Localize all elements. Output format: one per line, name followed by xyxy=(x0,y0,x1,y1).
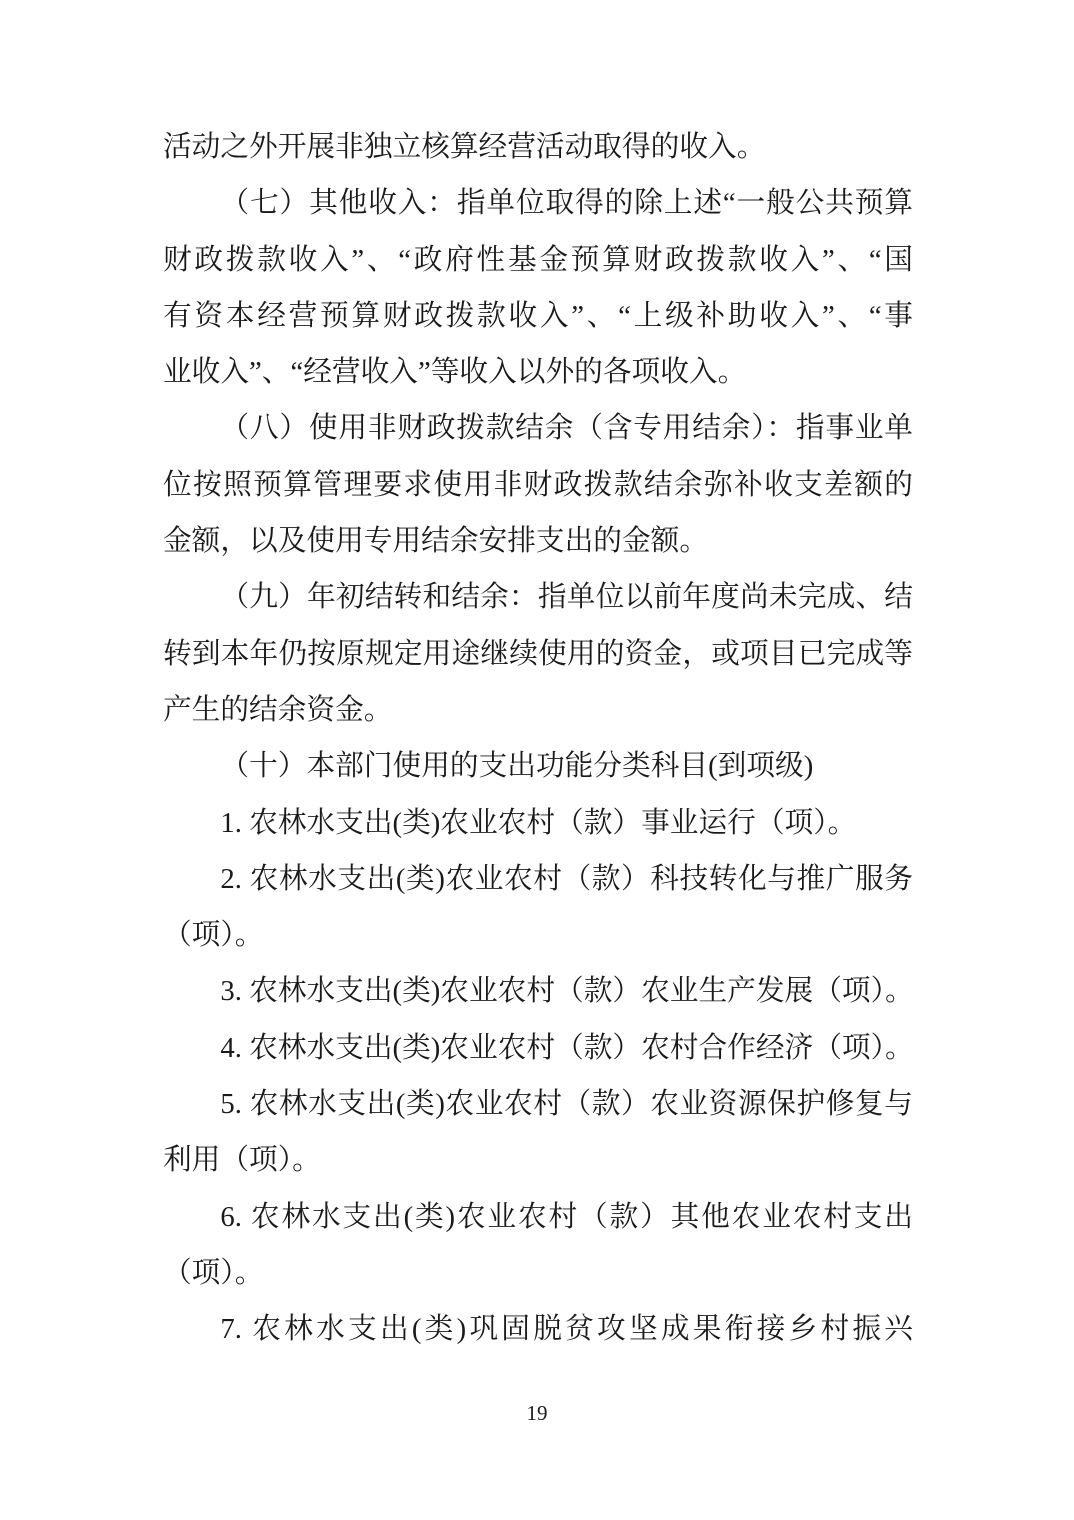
text-line: （项）。 xyxy=(163,907,913,963)
text-line: 4. 农林水支出(类)农业农村（款）农村合作经济（项）。 xyxy=(163,1020,913,1076)
text-line: 金额，以及使用专用结余安排支出的金额。 xyxy=(163,513,913,569)
text-line: 1. 农林水支出(类)农业农村（款）事业运行（项）。 xyxy=(163,795,913,851)
text-line: 业收入”、“经营收入”等收入以外的各项收入。 xyxy=(163,344,913,400)
document-body: 活动之外开展非独立核算经营活动取得的收入。（七）其他收入：指单位取得的除上述“一… xyxy=(163,119,913,1358)
text-line: （七）其他收入：指单位取得的除上述“一般公共预算 xyxy=(163,175,913,231)
text-line: 2. 农林水支出(类)农业农村（款）科技转化与推广服务 xyxy=(163,851,913,907)
text-line: （八）使用非财政拨款结余（含专用结余）：指事业单 xyxy=(163,400,913,456)
text-line: 转到本年仍按原规定用途继续使用的资金，或项目已完成等 xyxy=(163,626,913,682)
page-number: 19 xyxy=(0,1399,1074,1427)
text-line: （九）年初结转和结余：指单位以前年度尚未完成、结 xyxy=(163,569,913,625)
text-line: 3. 农林水支出(类)农业农村（款）农业生产发展（项）。 xyxy=(163,963,913,1019)
text-line: 7. 农林水支出(类)巩固脱贫攻坚成果衔接乡村振兴 xyxy=(163,1301,913,1357)
text-line: 财政拨款收入”、“政府性基金预算财政拨款收入”、“国 xyxy=(163,232,913,288)
text-line: 位按照预算管理要求使用非财政拨款结余弥补收支差额的 xyxy=(163,457,913,513)
document-page: 活动之外开展非独立核算经营活动取得的收入。（七）其他收入：指单位取得的除上述“一… xyxy=(0,0,1074,1520)
text-line: 5. 农林水支出(类)农业农村（款）农业资源保护修复与 xyxy=(163,1076,913,1132)
text-line: 活动之外开展非独立核算经营活动取得的收入。 xyxy=(163,119,913,175)
text-line: 6. 农林水支出(类)农业农村（款）其他农业农村支出 xyxy=(163,1189,913,1245)
text-line: 有资本经营预算财政拨款收入”、“上级补助收入”、“事 xyxy=(163,288,913,344)
text-line: （十）本部门使用的支出功能分类科目(到项级) xyxy=(163,738,913,794)
text-line: （项）。 xyxy=(163,1245,913,1301)
text-line: 产生的结余资金。 xyxy=(163,682,913,738)
text-line: 利用（项）。 xyxy=(163,1132,913,1188)
